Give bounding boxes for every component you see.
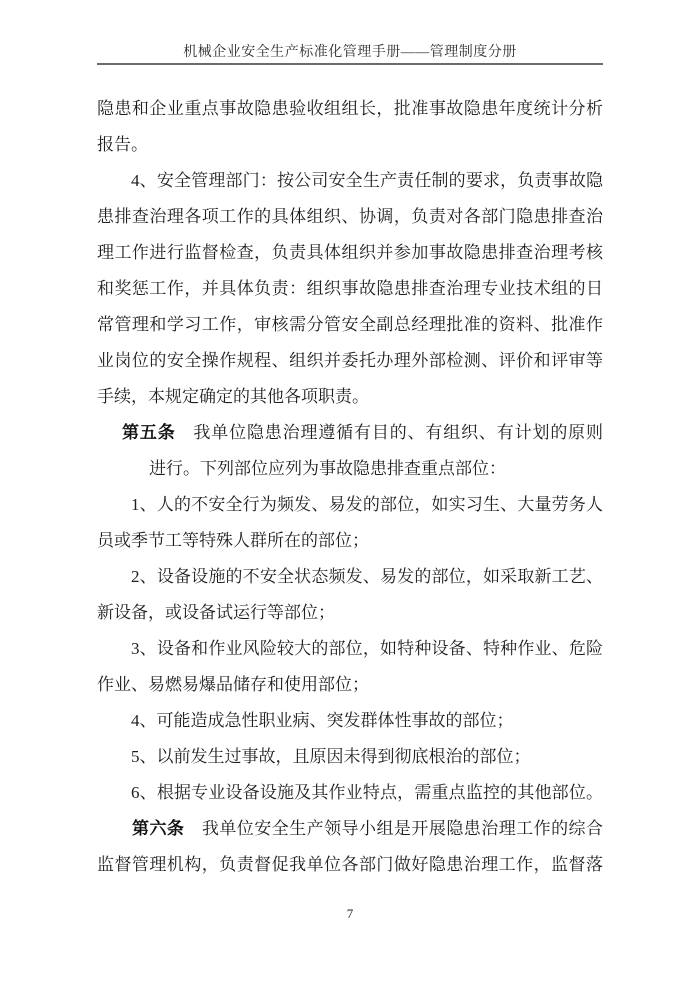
text-line: 业岗位的安全操作规程、组织并委托办理外部检测、评价和评审等 (97, 343, 603, 379)
text-run: 1、人的不安全行为频发、易发的部位，如实习生、大量劳务人 (131, 495, 603, 514)
text-run: 和奖惩工作，并具体负责：组织事故隐患排查治理专业技术组的日 (97, 279, 603, 298)
text-line: 监督管理机构，负责督促我单位各部门做好隐患治理工作，监督落 (97, 847, 603, 883)
text-line: 3、设备和作业风险较大的部位，如特种设备、特种作业、危险 (97, 631, 603, 667)
text-run: 4、可能造成急性职业病、突发群体性事故的部位； (131, 711, 514, 730)
text-run: 员或季节工等特殊人群所在的部位； (97, 531, 369, 550)
text-run: 新设备，或设备试运行等部位； (97, 603, 335, 622)
document-body: 隐患和企业重点事故隐患验收组组长，批准事故隐患年度统计分析报告。4、安全管理部门… (97, 91, 603, 883)
text-line: 2、设备设施的不安全状态频发、易发的部位，如采取新工艺、 (97, 559, 603, 595)
text-line: 第五条 我单位隐患治理遵循有目的、有组织、有计划的原则 (97, 415, 603, 451)
text-run: 患排查治理各项工作的具体组织、协调，负责对各部门隐患排查治 (97, 207, 603, 226)
text-run: 进行。下列部位应列为事故隐患排查重点部位： (149, 459, 506, 478)
text-line: 1、人的不安全行为频发、易发的部位，如实习生、大量劳务人 (97, 487, 603, 523)
text-line: 4、安全管理部门：按公司安全生产责任制的要求，负责事故隐 (97, 163, 603, 199)
text-line: 新设备，或设备试运行等部位； (97, 595, 603, 631)
text-line: 4、可能造成急性职业病、突发群体性事故的部位； (97, 703, 603, 739)
document-page: 机械企业安全生产标准化管理手册——管理制度分册 隐患和企业重点事故隐患验收组组长… (0, 0, 700, 990)
text-line: 报告。 (97, 127, 603, 163)
text-run: 隐患和企业重点事故隐患验收组组长，批准事故隐患年度统计分析 (97, 99, 603, 118)
text-run: 作业、易燃易爆品储存和使用部位； (97, 675, 369, 694)
text-run: 4、安全管理部门：按公司安全生产责任制的要求，负责事故隐 (131, 171, 603, 190)
text-run: 6、根据专业设备设施及其作业特点，需重点监控的其他部位。 (131, 783, 603, 802)
header-title: 机械企业安全生产标准化管理手册——管理制度分册 (0, 41, 700, 61)
text-run: 手续，本规定确定的其他各项职责。 (97, 387, 369, 406)
text-line: 作业、易燃易爆品储存和使用部位； (97, 667, 603, 703)
text-line: 6、根据专业设备设施及其作业特点，需重点监控的其他部位。 (97, 775, 603, 811)
text-run: 监督管理机构，负责督促我单位各部门做好隐患治理工作，监督落 (97, 855, 603, 874)
article-number: 第五条 (122, 423, 176, 442)
text-run: 3、设备和作业风险较大的部位，如特种设备、特种作业、危险 (131, 639, 603, 658)
text-line: 隐患和企业重点事故隐患验收组组长，批准事故隐患年度统计分析 (97, 91, 603, 127)
text-line: 5、以前发生过事故，且原因未得到彻底根治的部位； (97, 739, 603, 775)
text-run: 业岗位的安全操作规程、组织并委托办理外部检测、评价和评审等 (97, 351, 603, 370)
text-line: 第六条 我单位安全生产领导小组是开展隐患治理工作的综合 (97, 811, 603, 847)
header-divider (97, 63, 603, 65)
text-run: 常管理和学习工作，审核需分管安全副总经理批准的资料、批准作 (97, 315, 603, 334)
text-line: 理工作进行监督检查，负责具体组织并参加事故隐患排查治理考核 (97, 235, 603, 271)
text-run: 理工作进行监督检查，负责具体组织并参加事故隐患排查治理考核 (97, 243, 603, 262)
text-run: 我单位安全生产领导小组是开展隐患治理工作的综合 (184, 819, 603, 838)
text-run: 报告。 (97, 135, 148, 154)
page-footer: 7 (0, 906, 700, 922)
text-line: 和奖惩工作，并具体负责：组织事故隐患排查治理专业技术组的日 (97, 271, 603, 307)
text-run: 我单位隐患治理遵循有目的、有组织、有计划的原则 (176, 423, 603, 442)
text-line: 员或季节工等特殊人群所在的部位； (97, 523, 603, 559)
article-number: 第六条 (132, 819, 184, 838)
text-run: 2、设备设施的不安全状态频发、易发的部位，如采取新工艺、 (131, 567, 603, 586)
text-line: 进行。下列部位应列为事故隐患排查重点部位： (97, 451, 603, 487)
text-run: 5、以前发生过事故，且原因未得到彻底根治的部位； (131, 747, 531, 766)
text-line: 患排查治理各项工作的具体组织、协调，负责对各部门隐患排查治 (97, 199, 603, 235)
text-line: 常管理和学习工作，审核需分管安全副总经理批准的资料、批准作 (97, 307, 603, 343)
page-number: 7 (347, 906, 354, 921)
text-line: 手续，本规定确定的其他各项职责。 (97, 379, 603, 415)
